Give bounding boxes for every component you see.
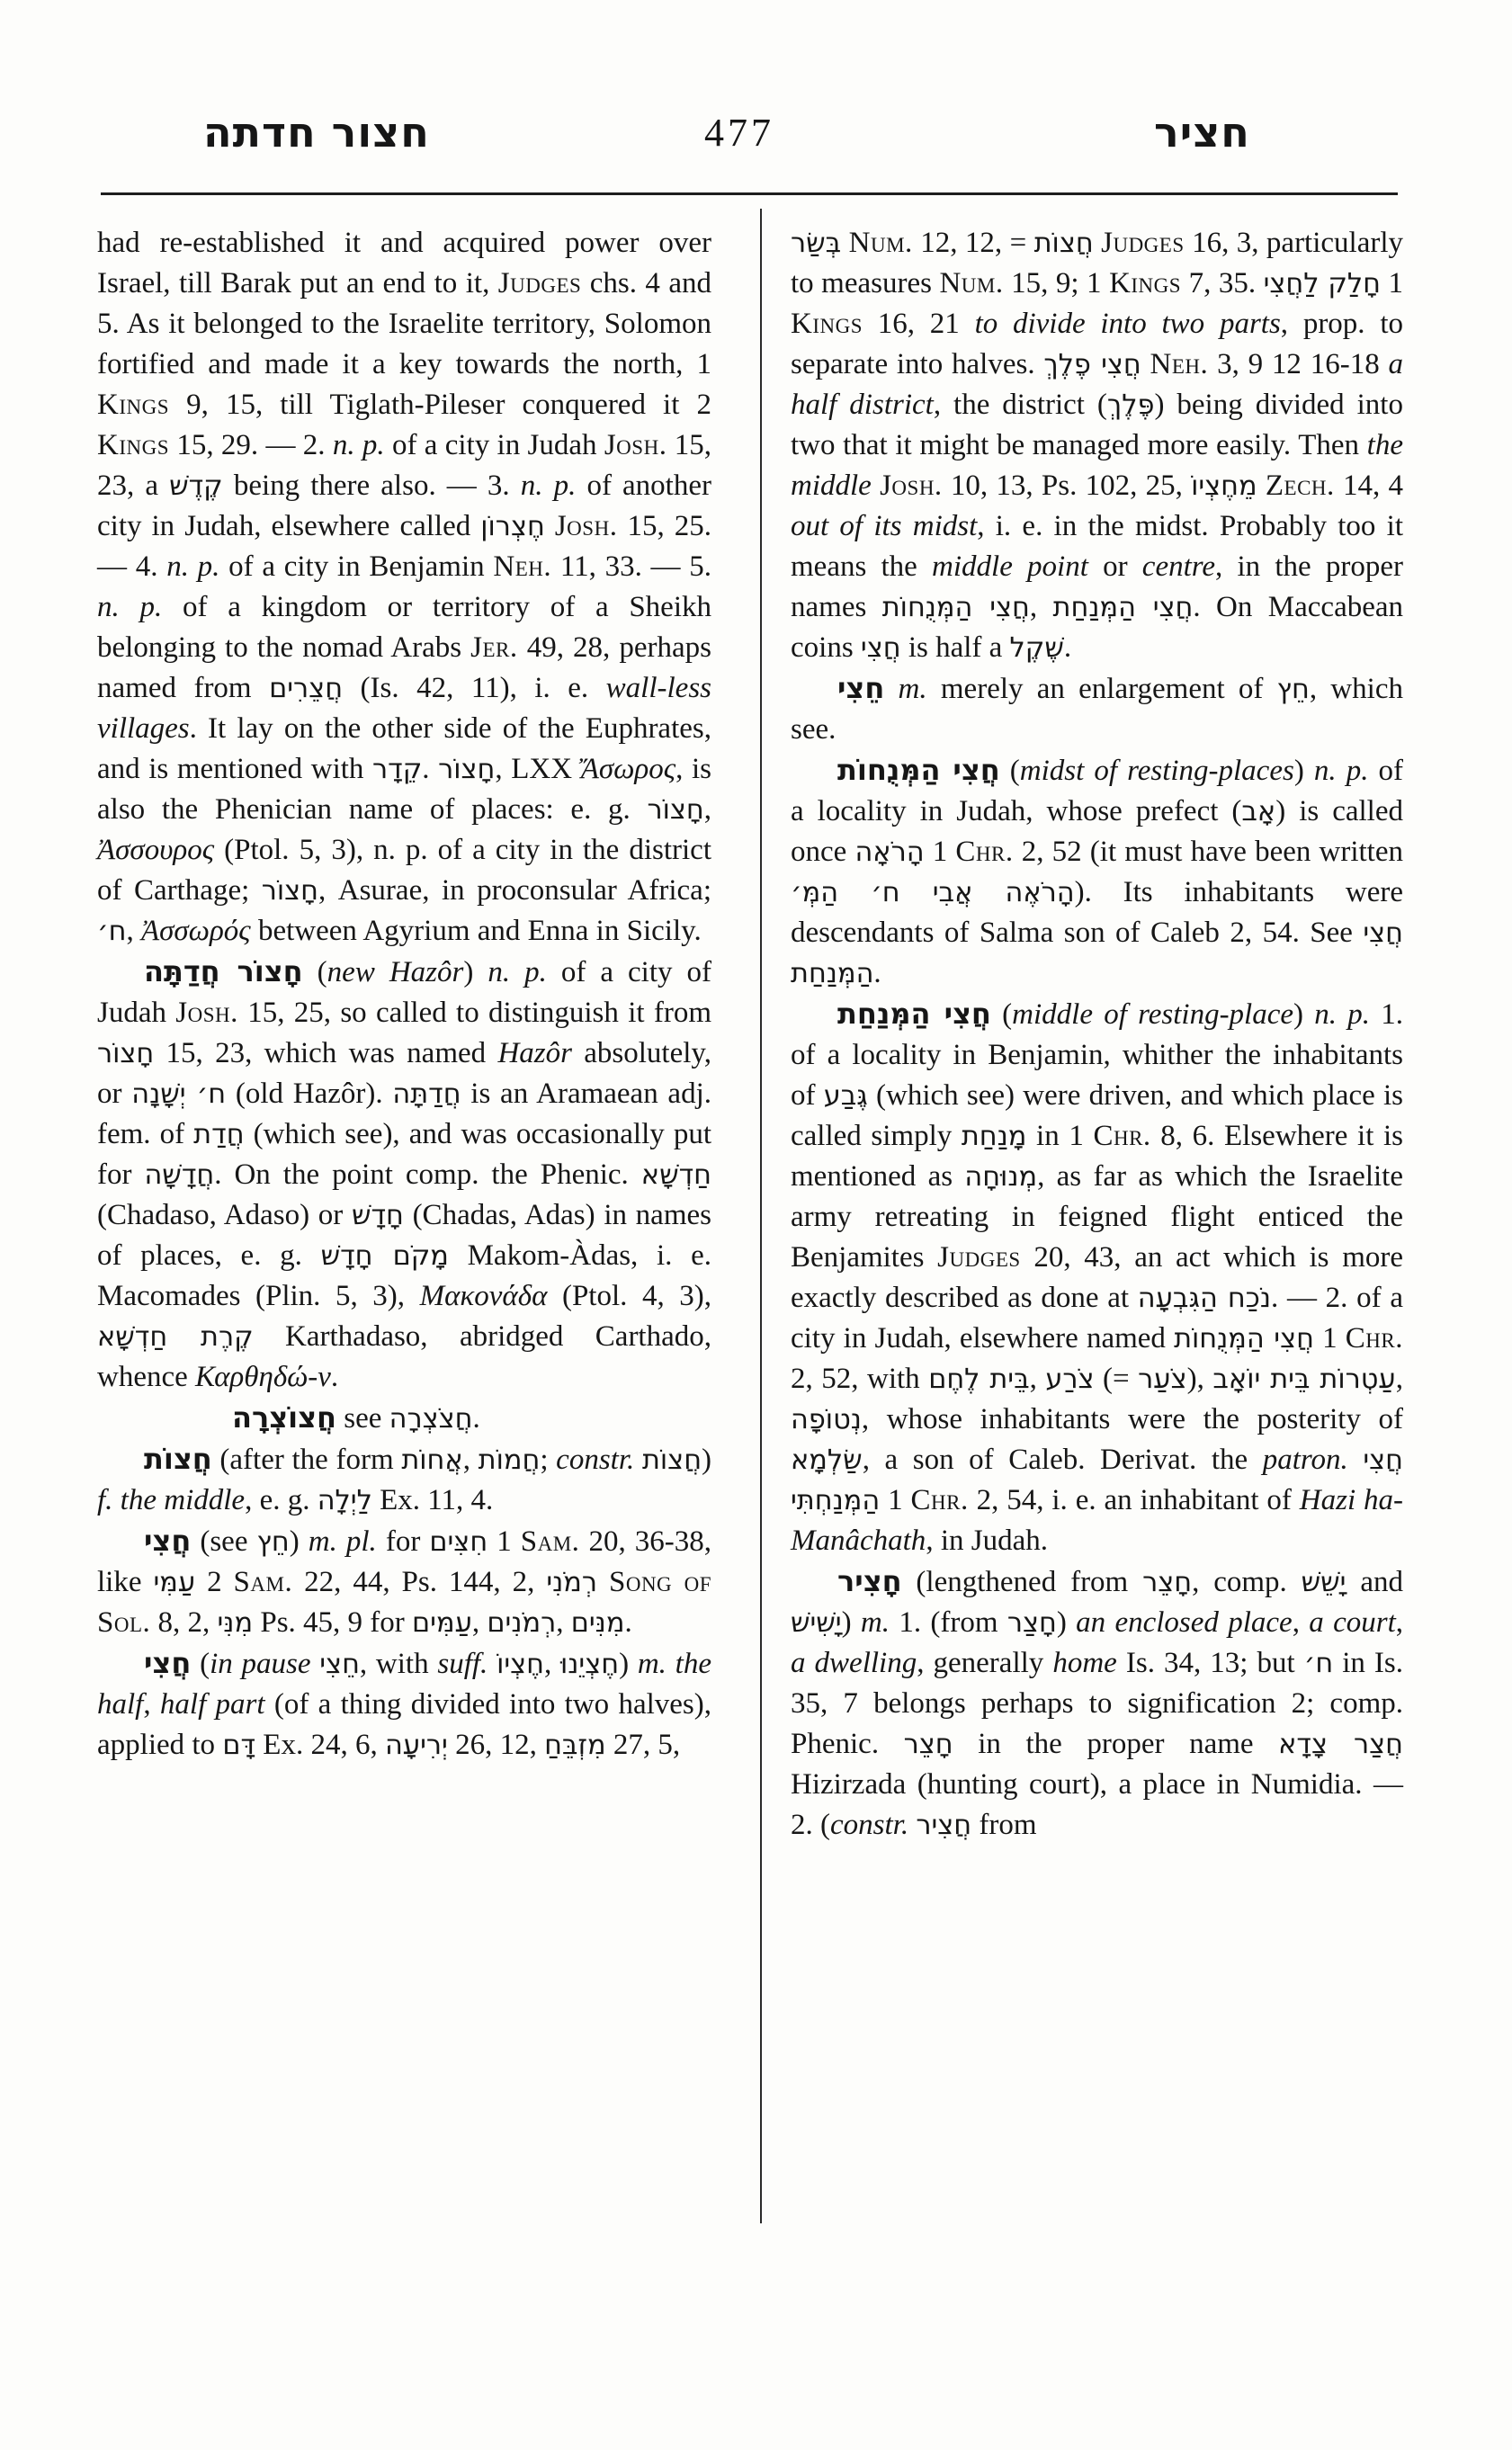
- hebrew-word: חָצוֹר: [438, 754, 495, 785]
- left-column: had re-established it and acquired power…: [97, 223, 711, 1846]
- hebrew-word: חָצֵר: [1142, 1567, 1192, 1598]
- hebrew-word: ח׳: [1304, 1648, 1333, 1679]
- entry-chatsotserah-crossref: חֲצוֹצְרָה see חֲצֹצְרָה.: [97, 1398, 711, 1439]
- hebrew-word: חָצוֹר: [97, 1038, 154, 1069]
- hebrew-word: עַמִּים: [412, 1607, 472, 1639]
- hebrew-word: חֲצִיר: [916, 1810, 971, 1841]
- hebrew-word: חַדְשָׁא: [641, 1159, 711, 1191]
- hebrew-word: אָב: [1241, 796, 1275, 827]
- hebrew-word: חֲצִי הַמְּנַחַת: [791, 917, 1403, 989]
- hebrew-headword: חָצִיר: [837, 1564, 902, 1598]
- hebrew-word: חֶצְיוֹ: [497, 1649, 544, 1680]
- hebrew-word: מְנוּחָה: [964, 1161, 1037, 1193]
- hebrew-word: פֶּלֶךְ: [1107, 389, 1155, 421]
- hebrew-word: מִנִּי: [218, 1607, 254, 1639]
- hebrew-word: חָצֵר: [904, 1729, 953, 1760]
- hebrew-word: חֵץ: [257, 1526, 290, 1558]
- hebrew-headword: חֲצוֹצְרָה: [232, 1400, 336, 1435]
- continuation-hazor-paragraph: had re-established it and acquired power…: [97, 223, 711, 952]
- hebrew-word: ח׳: [97, 916, 126, 947]
- hebrew-word: חָצוֹר: [647, 794, 703, 826]
- hebrew-word: קֵדָר: [372, 754, 422, 785]
- entry-chatsoth: חֲצוֹת (after the form אֲחוֹת, חֲמוֹת; c…: [97, 1439, 711, 1521]
- hebrew-word: בֵּית לֶחֶם: [928, 1364, 1029, 1395]
- hebrew-word: מִנִּים: [571, 1607, 625, 1639]
- hebrew-word: חֲצִי פֶלֶךְ: [1043, 349, 1141, 380]
- hebrew-headword: חֲצִי הַמְּנֻחוֹת: [837, 753, 1000, 787]
- hebrew-word: רְמֹנִי: [546, 1567, 597, 1598]
- hebrew-word: חָצוֹר: [262, 875, 318, 907]
- hebrew-headword: חֲצִי הַמְּנַחַת: [837, 997, 991, 1031]
- hebrew-word: מִזְבֵּחַ: [544, 1730, 606, 1761]
- hebrew-word: חֲדַת: [193, 1119, 244, 1150]
- hebrew-word: עַטְרוֹת בֵּית יוֹאָב: [1212, 1364, 1395, 1395]
- hebrew-word: מָנַחַת: [962, 1121, 1027, 1152]
- hebrew-word: ח׳ יְשָׁנָה: [131, 1078, 226, 1110]
- hebrew-word: חָצַר: [1007, 1607, 1057, 1639]
- hebrew-word: מָקֹם חָדָשׁ: [321, 1240, 449, 1272]
- hebrew-word: חָדָשׁ: [352, 1200, 404, 1231]
- hebrew-word: חֶצְיֵנוּ: [560, 1649, 619, 1680]
- hebrew-word: נֹכַח הַגִּבְעָה: [1138, 1283, 1271, 1314]
- header-rule: [101, 192, 1398, 195]
- hebrew-headword: חֲצִי: [144, 1646, 191, 1680]
- hebrew-word: הָרֹאָה: [854, 836, 924, 868]
- hebrew-word: חֵצִי: [319, 1649, 360, 1680]
- hebrew-word: נְטוֹפָה: [791, 1404, 862, 1435]
- hebrew-word: חֲצִי: [861, 632, 901, 664]
- hebrew-word: אֲחוֹת: [401, 1444, 462, 1476]
- hebrew-word: הָרֹאֶה אֲבִי ח׳ הַמְּ׳: [791, 877, 1075, 908]
- page-number: 477: [704, 101, 774, 165]
- hebrew-word: חֲצוֹת: [1034, 228, 1094, 259]
- hebrew-word: חֲצוֹת: [642, 1444, 702, 1476]
- hebrew-word: יְרִיעָה: [385, 1730, 448, 1761]
- hebrew-word: חֲדָשָׁה: [144, 1159, 214, 1191]
- entry-chatsir: חָצִיר (lengthened from חָצֵר, comp. יָש…: [791, 1561, 1403, 1846]
- hebrew-word: חֲצֹצְרָה: [389, 1403, 473, 1435]
- hebrew-word: מֵחֶצְיוֹ: [1191, 470, 1257, 502]
- running-head-right-catchword: חציר: [1154, 101, 1250, 164]
- hebrew-word: עַמִּי: [153, 1567, 195, 1598]
- hebrew-word: חָלַק לַחֲצִי: [1264, 268, 1381, 300]
- entry-chatsi-hammenachath: חֲצִי הַמְּנַחַת (middle of resting-plac…: [791, 994, 1403, 1561]
- hebrew-word: חֲמוֹת: [479, 1444, 541, 1476]
- hebrew-word: גֶּבַע: [824, 1080, 868, 1112]
- entry-hazor-hadattah: חָצוֹר חֲדַתָּה (new Hazôr) n. p. of a c…: [97, 952, 711, 1398]
- hebrew-word: חִצִּים: [429, 1526, 488, 1558]
- hebrew-word: צֹרַע: [1045, 1364, 1094, 1395]
- hebrew-word: בְּשַׂר: [791, 228, 841, 259]
- hebrew-headword: חֲצוֹת: [144, 1442, 212, 1476]
- hebrew-word: חֲדַתָּה: [392, 1078, 461, 1110]
- running-head-left-catchword: חצור חדתה: [203, 101, 430, 164]
- hebrew-word: חֲצַר צָדָא: [1278, 1729, 1403, 1760]
- continuation-chatsi-paragraph: בְּשַׂר Num. 12, 12, = חֲצוֹת Judges 16,…: [791, 223, 1403, 668]
- hebrew-word: צֹעַר: [1138, 1364, 1186, 1395]
- hebrew-word: יָשֵׁשׁ: [1302, 1567, 1346, 1598]
- hebrew-headword: חֲצִי: [144, 1524, 191, 1558]
- hebrew-word: לַיְלָה: [318, 1485, 372, 1516]
- hebrew-word: חֲצִי הַמְּנֻחוֹת: [1174, 1323, 1314, 1355]
- hebrew-word: דָּם: [222, 1730, 255, 1761]
- hebrew-word: חֲצִי הַמְּנַחַת: [1053, 592, 1194, 623]
- hebrew-word: קֶדֶשׁ: [169, 470, 223, 502]
- entry-chitsi-arrows: חֲצִי (see חֵץ) m. pl. for חִצִּים 1 Sam…: [97, 1521, 711, 1643]
- entry-chatsi-half: חֲצִי (in pause חֵצִי, with suff. חֶצְיו…: [97, 1643, 711, 1766]
- hebrew-word: שַׂלְמָא: [791, 1444, 863, 1476]
- hebrew-word: קֶרֶת חַדְשָׁא: [97, 1321, 254, 1353]
- hebrew-word: רְמֹנִים: [487, 1607, 556, 1639]
- dictionary-page: חצור חדתה 477 חציר had re-established it…: [0, 0, 1512, 2450]
- hebrew-word: חֶצְרוֹן: [480, 511, 545, 542]
- hebrew-word: חֲצֵרִים: [269, 673, 343, 704]
- hebrew-word: יָשִׁישׁ: [791, 1607, 842, 1639]
- text-columns: had re-established it and acquired power…: [97, 223, 1403, 1846]
- hebrew-headword: חָצוֹר חֲדַתָּה: [144, 954, 303, 988]
- entry-chatsi-hammenuchoth: חֲצִי הַמְּנֻחוֹת (midst of resting-plac…: [791, 750, 1403, 994]
- hebrew-word: חֲצִי הַמְּנֻחוֹת: [882, 592, 1030, 623]
- right-column: בְּשַׂר Num. 12, 12, = חֲצוֹת Judges 16,…: [791, 223, 1403, 1846]
- running-head: חצור חדתה 477 חציר: [0, 101, 1512, 173]
- hebrew-word: חֵץ: [1277, 674, 1310, 705]
- entry-chetsi-enlargement: חֵצִי m. merely an enlargement of חֵץ, w…: [791, 668, 1403, 750]
- hebrew-headword: חֵצִי: [837, 671, 884, 705]
- hebrew-word: שֶׁקֶל: [1010, 632, 1064, 664]
